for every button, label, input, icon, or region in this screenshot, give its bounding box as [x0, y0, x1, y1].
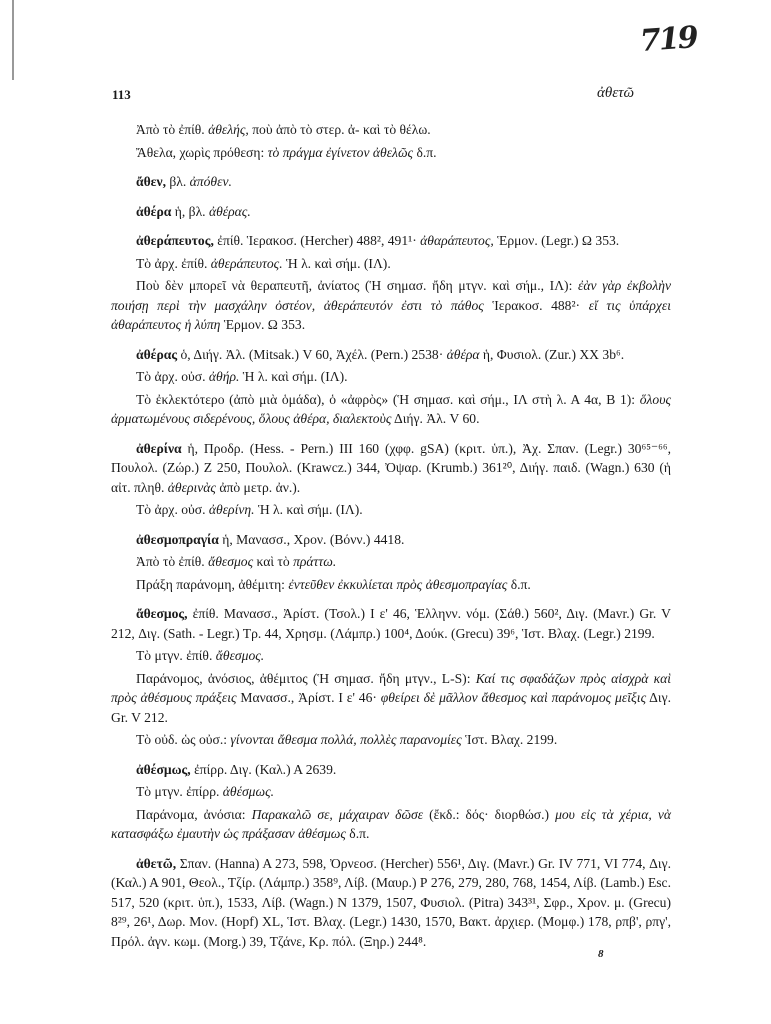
- entry-text: Τὸ ἀρχ. οὐσ.: [136, 502, 209, 517]
- entry-text: ὁ, Διήγ. Ἀλ. (Mitsak.) V 60, Ἀχέλ. (Pern…: [177, 347, 447, 362]
- entry-text: Ἑρμον. (Legr.) Ω 353.: [494, 233, 619, 248]
- dictionary-entry: ἀθερίνα ἡ, Προδρ. (Hess. - Pern.) III 16…: [111, 439, 671, 520]
- entry-quote: φθείρει δὲ μᾶλλον ἄθεσμος καὶ παράνομος …: [381, 690, 646, 705]
- entry-paragraph: Τὸ ἀρχ. οὐσ. ἀθήρ. Ἡ λ. καὶ σήμ. (ΙΛ).: [111, 367, 671, 387]
- headword: ἀθεσμοπραγία: [136, 532, 219, 547]
- entry-text: βλ.: [166, 174, 190, 189]
- entry-quote: πράττω.: [293, 554, 336, 569]
- entry-paragraph: Τὸ μτγν. ἐπίρρ. ἀθέσμως.: [111, 782, 671, 802]
- entry-lemma-paragraph: ἀθέρας ὁ, Διήγ. Ἀλ. (Mitsak.) V 60, Ἀχέλ…: [111, 345, 671, 365]
- entry-text: Μανασσ., Ἀρίστ. Ι ε' 46·: [237, 690, 381, 705]
- entry-text: ἐπίθ. Ἱερακοσ. (Hercher) 488², 491¹·: [214, 233, 420, 248]
- entry-text: ποὺ ἀπὸ τὸ στερ. ἀ- καὶ τὸ θέλω.: [249, 122, 431, 137]
- entry-paragraph: Πράξη παράνομη, ἀθέμιτη: ἐντεῦθεν ἐκκυλί…: [111, 575, 671, 595]
- dictionary-entry: ἀθεράπευτος, ἐπίθ. Ἱερακοσ. (Hercher) 48…: [111, 231, 671, 335]
- dictionary-entry: ἄθεσμος, ἐπίθ. Μανασσ., Ἀρίστ. (Τσολ.) Ι…: [111, 604, 671, 750]
- dictionary-entry: ἀθέρας ὁ, Διήγ. Ἀλ. (Mitsak.) V 60, Ἀχέλ…: [111, 345, 671, 429]
- headword: ἀθετῶ,: [136, 856, 176, 871]
- entry-text: ἐπίθ. Μανασσ., Ἀρίστ. (Τσολ.) Ι ε' 46, Ἑ…: [111, 606, 671, 641]
- entry-text: Ἡ λ. καὶ σήμ. (ΙΛ).: [283, 256, 391, 271]
- entry-text: Ἀπὸ τὸ ἐπίθ.: [136, 554, 208, 569]
- entry-quote: ἀπόθεν.: [190, 174, 232, 189]
- entry-paragraph: Τὸ οὐδ. ὡς οὐσ.: γίνονται ἄθεσμα πολλά, …: [111, 730, 671, 750]
- entry-text: Τὸ μτγν. ἐπίρρ.: [136, 784, 223, 799]
- entry-text: καὶ τὸ: [253, 554, 293, 569]
- dictionary-entry: ἀθετῶ, Σπαν. (Hanna) Α 273, 598, Ὀρνεοσ.…: [111, 854, 671, 952]
- entry-lemma-paragraph: ἀθέρα ἡ, βλ. ἀθέρας.: [111, 202, 671, 222]
- entry-lemma-paragraph: ἀθεσμοπραγία ἡ, Μανασσ., Χρον. (Βόνν.) 4…: [111, 530, 671, 550]
- entry-text: Πράξη παράνομη, ἀθέμιτη:: [136, 577, 288, 592]
- entry-text: Τὸ ἀρχ. ἐπίθ.: [136, 256, 211, 271]
- page-number: 113: [112, 87, 131, 103]
- headword: ἀθέρας: [136, 347, 177, 362]
- entry-text: Τὸ οὐδ. ὡς οὐσ.:: [136, 732, 230, 747]
- entry-paragraph: Παράνομος, ἀνόσιος, ἀθέμιτος (Ἡ σημασ. ἤ…: [111, 669, 671, 728]
- headword: ἄθεσμος,: [136, 606, 188, 621]
- running-head: ἀθετῶ: [597, 85, 634, 102]
- entry-lemma-paragraph: ἄθεν, βλ. ἀπόθεν.: [111, 172, 671, 192]
- entry-quote: γίνονται ἄθεσμα πολλά, πολλὲς παρανομίες: [230, 732, 461, 747]
- entry-quote: ἀθέσμως.: [223, 784, 274, 799]
- scan-edge: [12, 0, 14, 80]
- entry-paragraph: Ποὺ δὲν μπορεῖ νὰ θεραπευτῆ, ἀνίατος (Ἡ …: [111, 276, 671, 335]
- entry-quote: τὸ πράγμα ἐγίνετον ἀθελῶς: [268, 145, 413, 160]
- entry-quote: ἄθεσμος: [208, 554, 253, 569]
- entry-text: (ἔκδ.: δός· διορθώσ.): [423, 807, 555, 822]
- entry-paragraph: Ἀπὸ τὸ ἐπίθ. ἄθεσμος καὶ τὸ πράττω.: [111, 552, 671, 572]
- entry-text: Ἄθελα, χωρὶς πρόθεση:: [136, 145, 268, 160]
- entry-text: Ἱερακοσ. 488²·: [484, 298, 589, 313]
- entry-text: Τὸ ἀρχ. οὐσ.: [136, 369, 209, 384]
- entry-paragraph: Τὸ ἀρχ. ἐπίθ. ἀθεράπευτος. Ἡ λ. καὶ σήμ.…: [111, 254, 671, 274]
- headword: ἀθεράπευτος,: [136, 233, 214, 248]
- entry-paragraph: Τὸ μτγν. ἐπίθ. ἄθεσμος.: [111, 646, 671, 666]
- entry-text: Τὸ ἐκλεκτότερο (ἀπὸ μιὰ ὁμάδα), ὁ «ἀφρὸς…: [136, 392, 640, 407]
- entry-text: ἐπίρρ. Διγ. (Καλ.) Α 2639.: [191, 762, 337, 777]
- entry-text: Διήγ. Ἀλ. V 60.: [391, 411, 479, 426]
- entry-lemma-paragraph: ἀθερίνα ἡ, Προδρ. (Hess. - Pern.) III 16…: [111, 439, 671, 498]
- entry-quote: ἀθερίνη.: [209, 502, 255, 517]
- entry-paragraph: Ἄθελα, χωρὶς πρόθεση: τὸ πράγμα ἐγίνετον…: [111, 143, 671, 163]
- entry-quote: ἐντεῦθεν ἐκκυλίεται πρὸς ἀθεσμοπραγίας: [288, 577, 507, 592]
- dictionary-entry: Ἀπὸ τὸ ἐπίθ. ἀθελής, ποὺ ἀπὸ τὸ στερ. ἀ-…: [111, 120, 671, 162]
- entry-lemma-paragraph: ἀθέσμως, ἐπίρρ. Διγ. (Καλ.) Α 2639.: [111, 760, 671, 780]
- entry-quote: ἀθέρα: [447, 347, 480, 362]
- entry-text: Ἡ λ. καὶ σήμ. (ΙΛ).: [239, 369, 347, 384]
- entry-text: ἡ, Μανασσ., Χρον. (Βόνν.) 4418.: [219, 532, 405, 547]
- entry-quote: ἀθέρας.: [209, 204, 251, 219]
- entry-quote: ἀθεράπευτος.: [211, 256, 283, 271]
- entry-lemma-paragraph: ἀθεράπευτος, ἐπίθ. Ἱερακοσ. (Hercher) 48…: [111, 231, 671, 251]
- entry-text: δ.π.: [413, 145, 436, 160]
- headword: ἄθεν,: [136, 174, 166, 189]
- dictionary-entry: ἀθέσμως, ἐπίρρ. Διγ. (Καλ.) Α 2639.Τὸ μτ…: [111, 760, 671, 844]
- signature-mark: 8: [598, 948, 604, 960]
- entry-text: ἡ, Φυσιολ. (Zur.) XX 3b⁶.: [480, 347, 625, 362]
- entry-paragraph: Ἀπὸ τὸ ἐπίθ. ἀθελής, ποὺ ἀπὸ τὸ στερ. ἀ-…: [111, 120, 671, 140]
- entry-text: Ποὺ δὲν μπορεῖ νὰ θεραπευτῆ, ἀνίατος (Ἡ …: [136, 278, 578, 293]
- handwritten-folio-number: 719: [639, 20, 698, 59]
- entry-text: Ἑρμον. Ω 353.: [220, 317, 305, 332]
- entry-text: δ.π.: [346, 826, 369, 841]
- entry-quote: Παρακαλῶ σε, μάχαιραν δῶσε: [252, 807, 424, 822]
- headword: ἀθέσμως,: [136, 762, 191, 777]
- entry-paragraph: Παράνομα, ἀνόσια: Παρακαλῶ σε, μάχαιραν …: [111, 805, 671, 844]
- dictionary-entries: Ἀπὸ τὸ ἐπίθ. ἀθελής, ποὺ ἀπὸ τὸ στερ. ἀ-…: [111, 120, 671, 961]
- entry-text: Ἱστ. Βλαχ. 2199.: [462, 732, 558, 747]
- entry-text: Τὸ μτγν. ἐπίθ.: [136, 648, 216, 663]
- entry-quote: ἀθελής,: [208, 122, 249, 137]
- headword: ἀθερίνα: [136, 441, 182, 456]
- dictionary-entry: ἄθεν, βλ. ἀπόθεν.: [111, 172, 671, 192]
- entry-quote: ἀθαράπευτος,: [420, 233, 494, 248]
- entry-lemma-paragraph: ἀθετῶ, Σπαν. (Hanna) Α 273, 598, Ὀρνεοσ.…: [111, 854, 671, 952]
- dictionary-entry: ἀθέρα ἡ, βλ. ἀθέρας.: [111, 202, 671, 222]
- entry-quote: ἄθεσμος.: [216, 648, 264, 663]
- entry-text: Παράνομος, ἀνόσιος, ἀθέμιτος (Ἡ σημασ. ἤ…: [136, 671, 476, 686]
- entry-text: ἡ, βλ.: [171, 204, 209, 219]
- entry-paragraph: Τὸ ἐκλεκτότερο (ἀπὸ μιὰ ὁμάδα), ὁ «ἀφρὸς…: [111, 390, 671, 429]
- entry-quote: ἀθήρ.: [209, 369, 239, 384]
- entry-text: Σπαν. (Hanna) Α 273, 598, Ὀρνεοσ. (Herch…: [111, 856, 671, 949]
- entry-lemma-paragraph: ἄθεσμος, ἐπίθ. Μανασσ., Ἀρίστ. (Τσολ.) Ι…: [111, 604, 671, 643]
- headword: ἀθέρα: [136, 204, 171, 219]
- entry-paragraph: Τὸ ἀρχ. οὐσ. ἀθερίνη. Ἡ λ. καὶ σήμ. (ΙΛ)…: [111, 500, 671, 520]
- entry-text: δ.π.: [507, 577, 530, 592]
- entry-text: Ἡ λ. καὶ σήμ. (ΙΛ).: [255, 502, 363, 517]
- entry-text: ἀπὸ μετρ. ἀν.).: [216, 480, 300, 495]
- dictionary-entry: ἀθεσμοπραγία ἡ, Μανασσ., Χρον. (Βόνν.) 4…: [111, 530, 671, 595]
- entry-text: Ἀπὸ τὸ ἐπίθ.: [136, 122, 208, 137]
- entry-quote: ἀθερινὰς: [168, 480, 216, 495]
- entry-text: Παράνομα, ἀνόσια:: [136, 807, 252, 822]
